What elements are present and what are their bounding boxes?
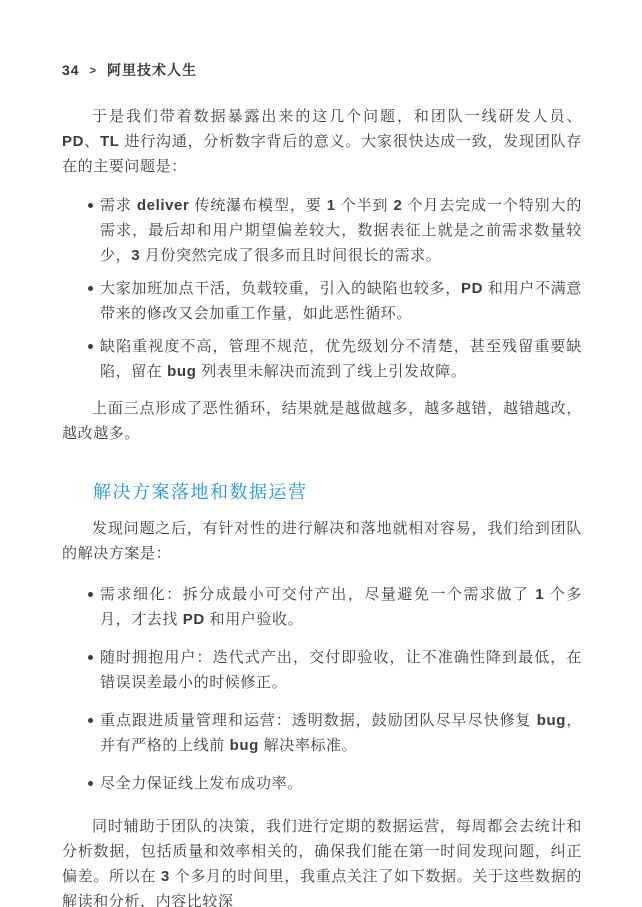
bullet-dot-icon xyxy=(88,592,93,597)
solutions-list: 需求细化：拆分成最小可交付产出，尽量避免一个需求做了 1 个多月，才去找 PD … xyxy=(62,582,582,796)
solution-item-3: 重点跟进质量管理和运营：透明数据，鼓励团队尽早尽快修复 bug，并有严格的上线前… xyxy=(100,708,582,758)
bullet-dot-icon xyxy=(88,344,93,349)
bullet-dot-icon xyxy=(88,203,93,208)
bullet-dot-icon xyxy=(88,655,93,660)
solution-intro-paragraph: 发现问题之后，有针对性的进行解决和落地就相对容易，我们给到团队的解决方案是： xyxy=(62,516,582,566)
problem-item-3: 缺陷重视度不高，管理不规范，优先级划分不清楚，甚至残留重要缺陷，留在 bug 列… xyxy=(100,334,582,384)
bullet-dot-icon xyxy=(88,781,93,786)
summary-paragraph: 上面三点形成了恶性循环，结果就是越做越多，越多越错，越错越改，越改越多。 xyxy=(62,396,582,446)
book-title: 阿里技术人生 xyxy=(107,60,197,80)
page-number: 34 xyxy=(62,62,80,78)
solution-item-2: 随时拥抱用户：迭代式产出，交付即验收，让不准确性降到最低，在错误误差最小的时候修… xyxy=(100,645,582,695)
bullet-dot-icon xyxy=(88,286,93,291)
intro-paragraph: 于是我们带着数据暴露出来的这几个问题，和团队一线研发人员、PD、TL 进行沟通，… xyxy=(62,104,582,179)
solution-item-1: 需求细化：拆分成最小可交付产出，尽量避免一个需求做了 1 个多月，才去找 PD … xyxy=(100,582,582,632)
bullet-dot-icon xyxy=(88,718,93,723)
page-header: 34 > 阿里技术人生 xyxy=(62,60,582,80)
header-arrow-icon: > xyxy=(90,65,97,77)
section-heading: 解决方案落地和数据运营 xyxy=(93,478,582,504)
book-page: 34 > 阿里技术人生 于是我们带着数据暴露出来的这几个问题，和团队一线研发人员… xyxy=(0,0,642,907)
problem-item-1: 需求 deliver 传统瀑布模型，要 1 个半到 2 个月去完成一个特别大的需… xyxy=(100,193,582,268)
solution-item-4: 尽全力保证线上发布成功率。 xyxy=(100,771,582,796)
closing-paragraph: 同时辅助于团队的决策，我们进行定期的数据运营，每周都会去统计和分析数据，包括质量… xyxy=(62,814,582,907)
problems-list: 需求 deliver 传统瀑布模型，要 1 个半到 2 个月去完成一个特别大的需… xyxy=(62,193,582,384)
problem-item-2: 大家加班加点干活，负载较重，引入的缺陷也较多，PD 和用户不满意带来的修改又会加… xyxy=(100,276,582,326)
